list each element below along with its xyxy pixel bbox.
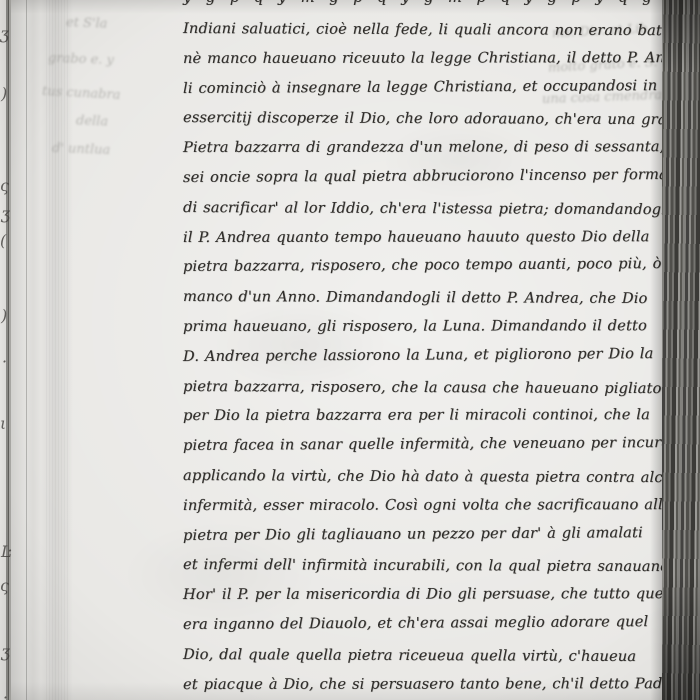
manuscript-scan: ʒ)ςʒ()·ιĿςʒ· ms. Dio. et Libmolto grato …: [0, 0, 700, 700]
scan-vignette: [0, 0, 700, 700]
